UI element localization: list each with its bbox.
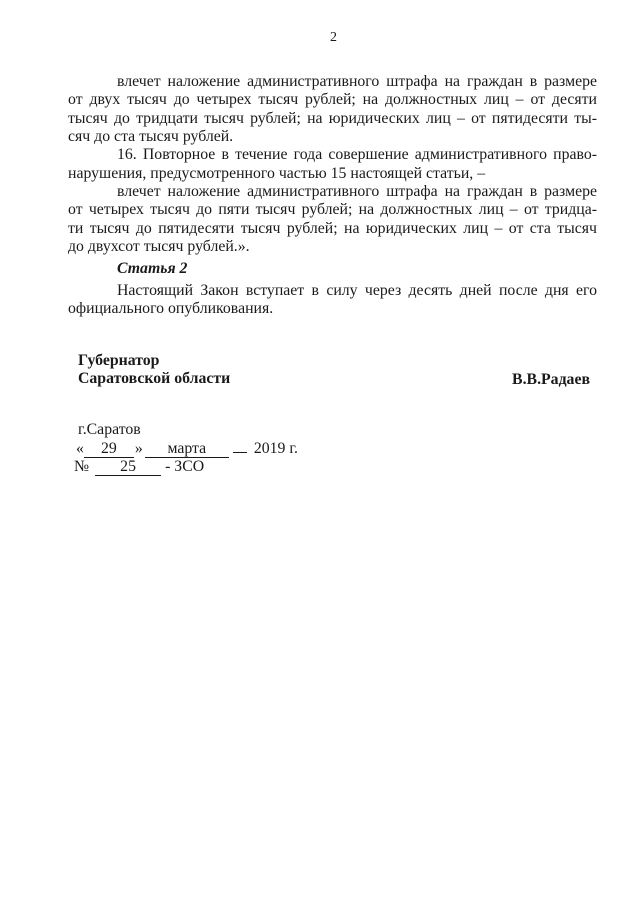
document-line: нарушения, предусмотренного частью 15 на… — [68, 165, 597, 183]
document-line: от четырех тысяч до пяти тысяч рублей; н… — [68, 201, 597, 219]
city-line: г.Саратов — [78, 421, 141, 439]
date-year: 2019 г. — [254, 440, 298, 457]
number-blank: 25 — [95, 459, 161, 476]
document-number-line: №25- ЗСО — [74, 458, 204, 476]
open-quote: « — [76, 440, 84, 457]
document-line: официального опубликования. — [68, 300, 597, 318]
close-quote: » — [135, 440, 143, 457]
document-line: влечет наложение административного штраф… — [68, 183, 597, 201]
date-tail-blank — [233, 452, 247, 453]
document-line: тысяч до тридцати тысяч рублей; на юриди… — [68, 110, 597, 128]
document-page: 2 влечет наложение административного штр… — [0, 0, 640, 905]
document-line: от двух тысяч до четырех тысяч рублей; н… — [68, 91, 597, 109]
signature-name: В.В.Радаев — [512, 371, 590, 389]
number-sign: № — [74, 458, 89, 475]
page-number: 2 — [330, 30, 337, 46]
document-line: до двухсот тысяч рублей.». — [68, 238, 597, 256]
document-line: сяч до ста тысяч рублей. — [68, 128, 597, 146]
document-line: 16. Повторное в течение года совершение … — [68, 146, 597, 164]
document-line: Настоящий Закон вступает в силу через де… — [68, 282, 597, 300]
document-line: ти тысяч до пятидесяти тысяч рублей; на … — [68, 220, 597, 238]
date-line: «29»марта2019 г. — [76, 440, 298, 458]
date-day-blank: 29 — [84, 441, 134, 458]
document-line: влечет наложение административного штраф… — [68, 73, 597, 91]
number-suffix: - ЗСО — [165, 458, 204, 475]
date-month-blank: марта — [145, 441, 229, 458]
article-2-heading: Статья 2 — [68, 260, 597, 278]
document-body: влечет наложение административного штраф… — [68, 73, 597, 318]
signature-title-block: Губернатор Саратовской области — [78, 352, 230, 389]
signature-title-line: Губернатор — [78, 352, 230, 370]
signature-title-line: Саратовской области — [78, 370, 230, 388]
